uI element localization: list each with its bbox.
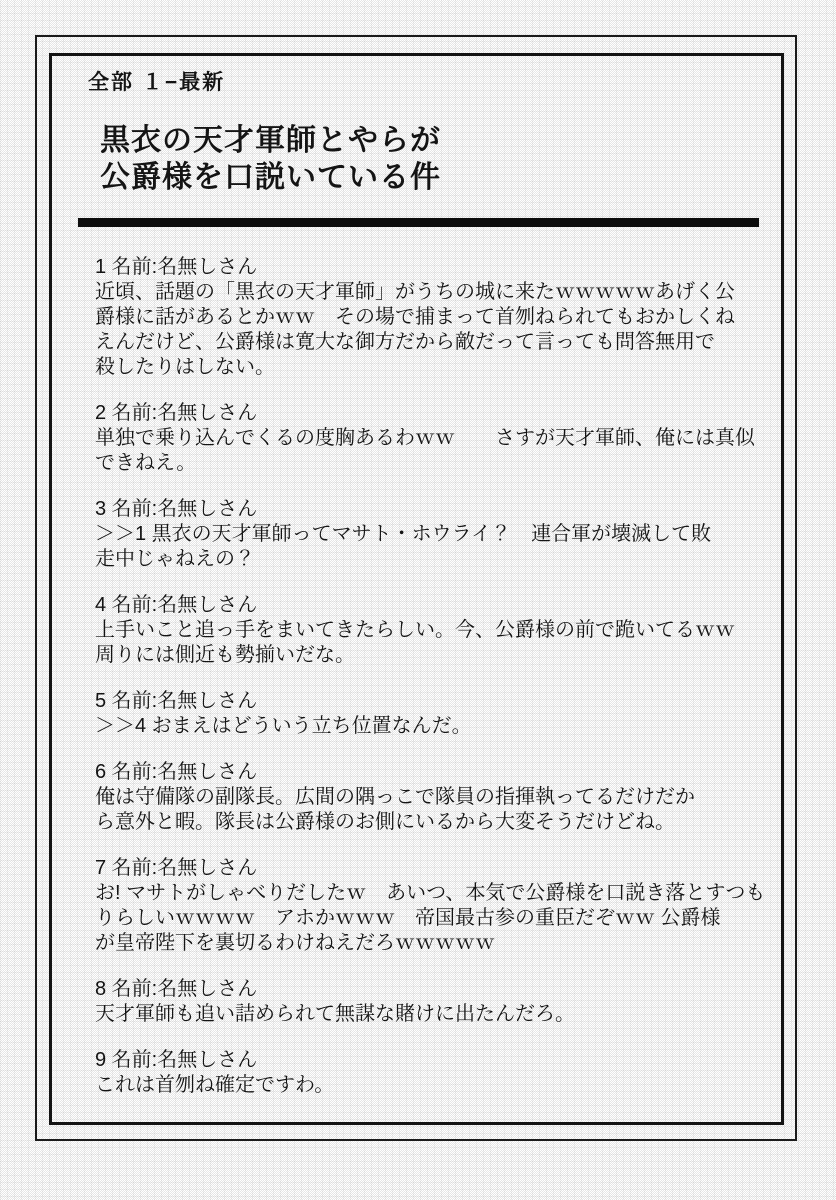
- post-header: 8 名前:名無しさん: [95, 977, 757, 1002]
- post-line: えんだけど、公爵様は寛大な御方だから敵だって言っても問答無用で: [95, 330, 757, 355]
- thread-post: 8 名前:名無しさん 天才軍師も追い詰められて無謀な賭けに出たんだろ。: [95, 977, 757, 1027]
- post-line: 爵様に話があるとかｗｗ その場で捕まって首刎ねられてもおかしくね: [95, 305, 757, 330]
- post-body: 上手いこと追っ手をまいてきたらしい。今、公爵様の前で跪いてるｗｗ周りには側近も勢…: [95, 618, 757, 668]
- post-body: お! マサトがしゃべりだしたｗ あいつ、本気で公爵様を口説き落とすつもりらしいｗ…: [95, 881, 757, 956]
- post-list: 1 名前:名無しさん 近頃、話題の「黒衣の天才軍師」がうちの城に来たｗｗｗｗｗあ…: [95, 255, 757, 1098]
- post-body: これは首刎ね確定ですわ。: [95, 1073, 757, 1098]
- board-pagination-nav[interactable]: 全部 １−最新: [88, 70, 781, 96]
- post-line: 殺したりはしない。: [95, 355, 757, 380]
- post-body: 俺は守備隊の副隊長。広間の隅っこで隊員の指揮執ってるだけだから意外と暇。隊長は公…: [95, 785, 757, 835]
- thread-title-line: 黒衣の天才軍師とやらが: [100, 122, 781, 159]
- post-line: 走中じゃねえの？: [95, 547, 757, 572]
- post-header: 1 名前:名無しさん: [95, 255, 757, 280]
- post-line: ＞＞1 黒衣の天才軍師ってマサト・ホウライ？ 連合軍が壊滅して敗: [95, 522, 757, 547]
- post-header: 7 名前:名無しさん: [95, 856, 757, 881]
- post-line: が皇帝陛下を裏切るわけねえだろｗｗｗｗｗ: [95, 931, 757, 956]
- title-divider-rule: [78, 218, 759, 227]
- post-body: 天才軍師も追い詰められて無謀な賭けに出たんだろ。: [95, 1002, 757, 1027]
- post-line: 単独で乗り込んでくるの度胸あるわｗｗ さすが天才軍師、俺には真似: [95, 426, 757, 451]
- post-line: 上手いこと追っ手をまいてきたらしい。今、公爵様の前で跪いてるｗｗ: [95, 618, 757, 643]
- post-header: 2 名前:名無しさん: [95, 401, 757, 426]
- page-background: { "colors": { "text": "#141414", "frame_…: [0, 0, 836, 1200]
- thread-title-line: 公爵様を口説いている件: [100, 159, 781, 196]
- thread-post: 4 名前:名無しさん 上手いこと追っ手をまいてきたらしい。今、公爵様の前で跪いて…: [95, 593, 757, 668]
- thread-post: 7 名前:名無しさん お! マサトがしゃべりだしたｗ あいつ、本気で公爵様を口説…: [95, 856, 757, 956]
- post-body: ＞＞1 黒衣の天才軍師ってマサト・ホウライ？ 連合軍が壊滅して敗走中じゃねえの？: [95, 522, 757, 572]
- post-header: 9 名前:名無しさん: [95, 1048, 757, 1073]
- post-line: りらしいｗｗｗｗ アホかｗｗｗ 帝国最古参の重臣だぞｗｗ 公爵様: [95, 906, 757, 931]
- post-line: 周りには側近も勢揃いだな。: [95, 643, 757, 668]
- post-line: ＞＞4 おまえはどういう立ち位置なんだ。: [95, 714, 757, 739]
- post-header: 3 名前:名無しさん: [95, 497, 757, 522]
- thread-panel: 全部 １−最新 黒衣の天才軍師とやらが 公爵様を口説いている件 1 名前:名無し…: [49, 53, 784, 1125]
- post-body: 単独で乗り込んでくるの度胸あるわｗｗ さすが天才軍師、俺には真似できねえ。: [95, 426, 757, 476]
- thread-post: 6 名前:名無しさん 俺は守備隊の副隊長。広間の隅っこで隊員の指揮執ってるだけだ…: [95, 760, 757, 835]
- post-line: 俺は守備隊の副隊長。広間の隅っこで隊員の指揮執ってるだけだか: [95, 785, 757, 810]
- post-header: 4 名前:名無しさん: [95, 593, 757, 618]
- post-header: 6 名前:名無しさん: [95, 760, 757, 785]
- post-line: ら意外と暇。隊長は公爵様のお側にいるから大変そうだけどね。: [95, 810, 757, 835]
- post-header: 5 名前:名無しさん: [95, 689, 757, 714]
- post-line: 天才軍師も追い詰められて無謀な賭けに出たんだろ。: [95, 1002, 757, 1027]
- thread-post: 1 名前:名無しさん 近頃、話題の「黒衣の天才軍師」がうちの城に来たｗｗｗｗｗあ…: [95, 255, 757, 380]
- thread-post: 9 名前:名無しさん これは首刎ね確定ですわ。: [95, 1048, 757, 1098]
- thread-post: 2 名前:名無しさん 単独で乗り込んでくるの度胸あるわｗｗ さすが天才軍師、俺に…: [95, 401, 757, 476]
- post-line: できねえ。: [95, 451, 757, 476]
- thread-post: 3 名前:名無しさん ＞＞1 黒衣の天才軍師ってマサト・ホウライ？ 連合軍が壊滅…: [95, 497, 757, 572]
- post-line: これは首刎ね確定ですわ。: [95, 1073, 757, 1098]
- thread-post: 5 名前:名無しさん ＞＞4 おまえはどういう立ち位置なんだ。: [95, 689, 757, 739]
- thread-title: 黒衣の天才軍師とやらが 公爵様を口説いている件: [100, 122, 781, 196]
- post-line: 近頃、話題の「黒衣の天才軍師」がうちの城に来たｗｗｗｗｗあげく公: [95, 280, 757, 305]
- post-body: 近頃、話題の「黒衣の天才軍師」がうちの城に来たｗｗｗｗｗあげく公爵様に話があると…: [95, 280, 757, 380]
- post-line: お! マサトがしゃべりだしたｗ あいつ、本気で公爵様を口説き落とすつも: [95, 881, 757, 906]
- post-body: ＞＞4 おまえはどういう立ち位置なんだ。: [95, 714, 757, 739]
